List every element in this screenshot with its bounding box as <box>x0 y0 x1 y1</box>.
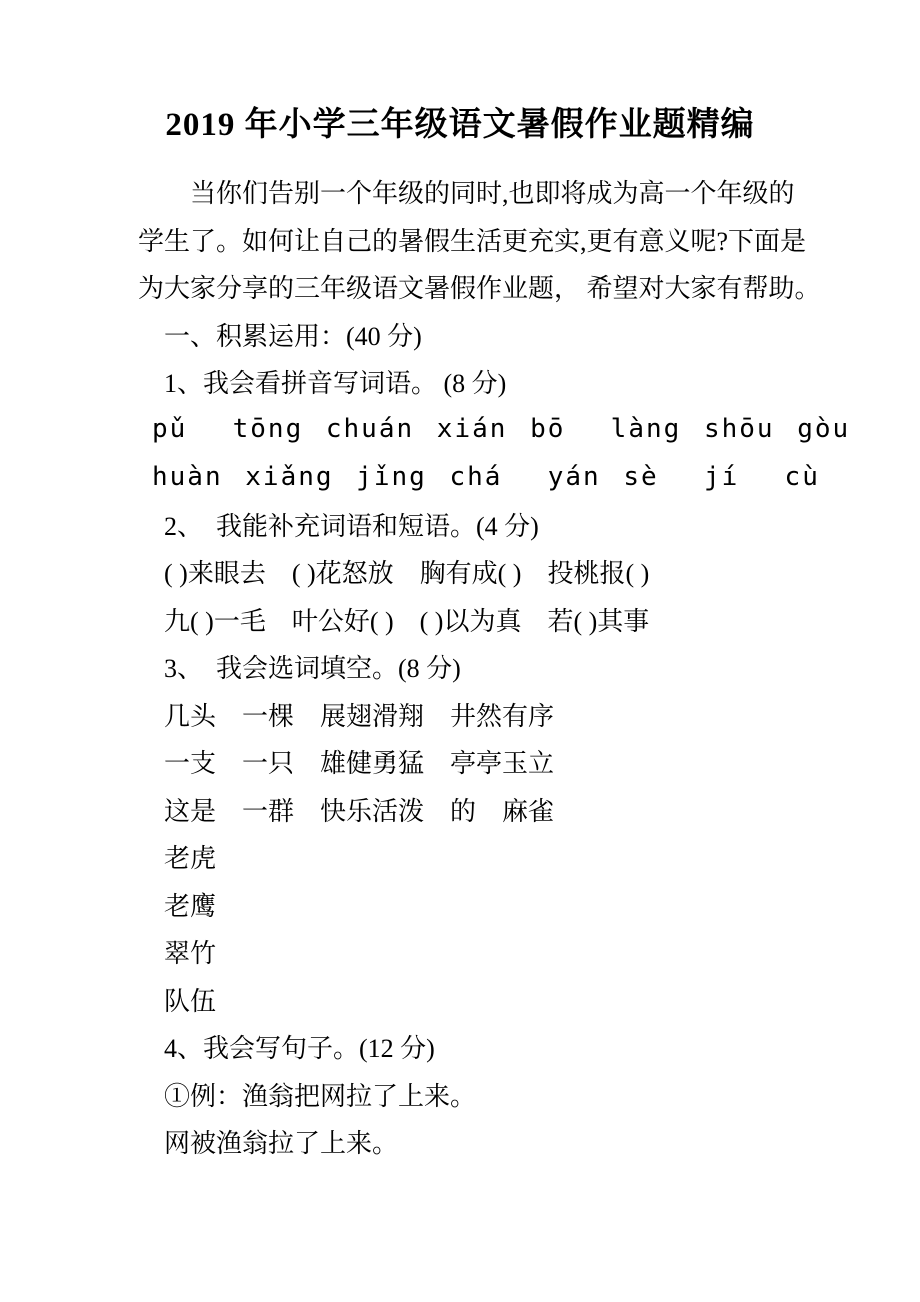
question-3-word-2: 老鹰 <box>138 881 790 929</box>
question-3-word-4: 队伍 <box>138 976 790 1024</box>
document-title: 2019 年小学三年级语文暑假作业题精编 <box>0 100 920 150</box>
question-1-pinyin-line-1: pǔ tōng chuán xián bō làng shōu gòu <box>138 406 790 454</box>
intro-line-2: 学生了。如何让自己的暑假生活更充实,更有意义呢?下面是 <box>138 216 790 264</box>
question-3-heading: 3、 我会选词填空。(8 分) <box>138 643 790 691</box>
question-1-pinyin-line-2: huàn xiǎng jǐng chá yán sè jí cù <box>138 453 790 501</box>
question-3-sentence: 这是 一群 快乐活泼 的 麻雀 <box>138 786 790 834</box>
question-2-blanks-line-2: 九( )一毛 叶公好( ) ( )以为真 若( )其事 <box>138 596 790 644</box>
question-4-answer-sentence: 网被渔翁拉了上来。 <box>138 1118 790 1166</box>
question-3-word-3: 翠竹 <box>138 928 790 976</box>
intro-line-1: 当你们告别一个年级的同时,也即将成为高一个年级的 <box>138 168 790 216</box>
question-2-heading: 2、 我能补充词语和短语。(4 分) <box>138 501 790 549</box>
question-4-example-sentence: ①例：渔翁把网拉了上来。 <box>138 1071 790 1119</box>
intro-line-3: 为大家分享的三年级语文暑假作业题， 希望对大家有帮助。 <box>138 263 790 311</box>
question-3-options-line-1: 几头 一棵 展翅滑翔 井然有序 <box>138 691 790 739</box>
question-4-heading: 4、我会写句子。(12 分) <box>138 1023 790 1071</box>
question-3-options-line-2: 一支 一只 雄健勇猛 亭亭玉立 <box>138 738 790 786</box>
question-3-word-1: 老虎 <box>138 833 790 881</box>
question-1-heading: 1、我会看拼音写词语。 (8 分) <box>138 358 790 406</box>
section-1-heading: 一、积累运用：(40 分) <box>138 311 790 359</box>
document-body: 当你们告别一个年级的同时,也即将成为高一个年级的 学生了。如何让自己的暑假生活更… <box>0 168 920 1166</box>
document-page: 2019 年小学三年级语文暑假作业题精编 当你们告别一个年级的同时,也即将成为高… <box>0 0 920 1302</box>
question-2-blanks-line-1: ( )来眼去 ( )花怒放 胸有成( ) 投桃报( ) <box>138 548 790 596</box>
